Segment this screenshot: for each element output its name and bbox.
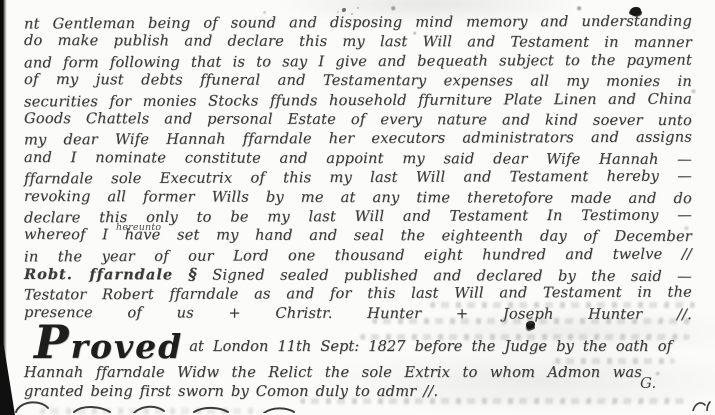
will-line: securities for monies Stocks ffunds hous… bbox=[24, 89, 692, 111]
corner-cutoff-mark bbox=[691, 396, 711, 415]
will-line: and I nominate constitute and appoint my… bbox=[24, 148, 692, 169]
probate-line: Hannah ffarndale Widw the Relict the sol… bbox=[24, 364, 642, 383]
bleed-through-marks bbox=[360, 334, 690, 340]
interlined-word: hereunto bbox=[116, 222, 161, 233]
will-line: do make publish and declare this my last… bbox=[24, 31, 692, 52]
will-line: in the year of our Lord one thousand eig… bbox=[24, 244, 692, 266]
will-body: nt Gentleman being of sound and disposin… bbox=[24, 13, 692, 323]
bleed-through-marks bbox=[555, 358, 675, 364]
will-line: my dear Wife Hannah ffarndale her execut… bbox=[24, 128, 692, 150]
proved-initial-word: Proved bbox=[34, 325, 183, 364]
bleed-through-marks bbox=[430, 302, 695, 308]
testator-signature: Robt. ffarndale bbox=[24, 266, 173, 283]
will-line: of my just debts ffuneral and Testamenta… bbox=[24, 70, 692, 91]
will-line: revoking all former Wills by me at any t… bbox=[24, 186, 692, 207]
document-scan: nt Gentleman being of sound and disposin… bbox=[0, 0, 715, 415]
next-entry-cutoff-flourish bbox=[14, 398, 354, 415]
scan-edge-corner bbox=[0, 345, 15, 415]
seal-paraph-mark: § bbox=[188, 265, 197, 284]
will-line: ffarndale sole Executrix of this my last… bbox=[24, 167, 692, 189]
registrar-mark: G. bbox=[640, 374, 656, 392]
bleed-through-marks bbox=[300, 398, 690, 404]
bleed-through-marks bbox=[372, 318, 692, 324]
ink-speckles bbox=[342, 8, 346, 12]
probate-line: at London 11th Sept: 1827 before the Jud… bbox=[189, 338, 672, 356]
